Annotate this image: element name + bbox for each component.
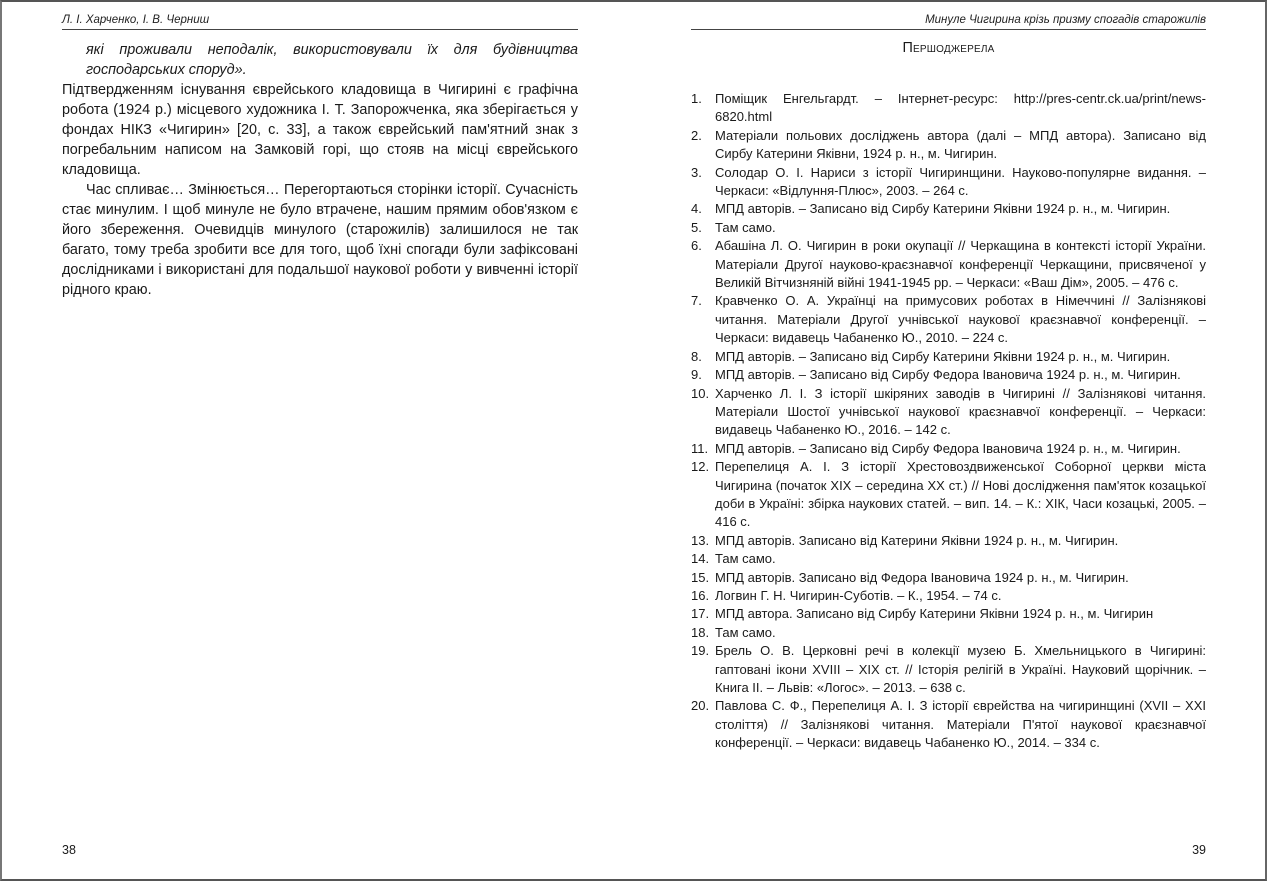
reference-text: Абашіна Л. О. Чигирин в роки окупації //… [715, 238, 1206, 290]
reference-item: 1.Поміщик Енгельгардт. – Інтернет-ресурс… [691, 90, 1206, 127]
reference-item: 17.МПД автора. Записано від Сирбу Катери… [691, 605, 1206, 623]
reference-number: 5. [691, 219, 702, 237]
reference-number: 16. [691, 587, 709, 605]
reference-number: 12. [691, 458, 709, 476]
body-paragraph: Підтвердженням існування єврейського кла… [62, 80, 578, 180]
reference-number: 8. [691, 348, 702, 366]
reference-number: 11. [691, 440, 708, 458]
references-list: 1.Поміщик Енгельгардт. – Інтернет-ресурс… [691, 90, 1206, 753]
reference-item: 8.МПД авторів. – Записано від Сирбу Кате… [691, 348, 1206, 366]
reference-text: МПД авторів. – Записано від Сирбу Федора… [715, 441, 1181, 456]
reference-number: 19. [691, 642, 709, 660]
reference-item: 20.Павлова С. Ф., Перепелиця А. І. З іст… [691, 697, 1206, 752]
reference-item: 12.Перепелиця А. І. З історії Хрестовозд… [691, 458, 1206, 532]
reference-item: 9.МПД авторів. – Записано від Сирбу Федо… [691, 366, 1206, 384]
reference-text: Павлова С. Ф., Перепелиця А. І. З історі… [715, 698, 1206, 750]
reference-number: 17. [691, 605, 709, 623]
reference-number: 20. [691, 697, 709, 715]
reference-number: 6. [691, 237, 702, 255]
reference-item: 16.Логвин Г. Н. Чигирин-Суботів. – К., 1… [691, 587, 1206, 605]
reference-number: 2. [691, 127, 702, 145]
page-number: 39 [1192, 843, 1206, 857]
running-head-title: Минуле Чигирина крізь призму спогадів ст… [691, 14, 1206, 30]
reference-text: МПД автора. Записано від Сирбу Катерини … [715, 606, 1153, 621]
reference-item: 3.Солодар О. І. Нариси з історії Чигирин… [691, 164, 1206, 201]
reference-number: 13. [691, 532, 709, 550]
reference-text: МПД авторів. Записано від Федора Іванови… [715, 570, 1129, 585]
reference-text: Логвин Г. Н. Чигирин-Суботів. – К., 1954… [715, 588, 1002, 603]
reference-text: МПД авторів. – Записано від Сирбу Федора… [715, 367, 1181, 382]
reference-number: 3. [691, 164, 702, 182]
reference-text: МПД авторів. Записано від Катерини Яківн… [715, 533, 1118, 548]
reference-text: Перепелиця А. І. З історії Хрестовоздвиж… [715, 459, 1206, 529]
reference-item: 18.Там само. [691, 624, 1206, 642]
reference-item: 6.Абашіна Л. О. Чигирин в роки окупації … [691, 237, 1206, 292]
reference-text: Там само. [715, 551, 776, 566]
reference-number: 15. [691, 569, 709, 587]
page-body: які проживали неподалік, використовували… [62, 40, 578, 300]
page-number: 38 [62, 843, 76, 857]
reference-number: 14. [691, 550, 709, 568]
reference-number: 4. [691, 200, 702, 218]
quote-paragraph: які проживали неподалік, використовували… [62, 40, 578, 80]
reference-item: 15.МПД авторів. Записано від Федора Іван… [691, 569, 1206, 587]
reference-text: МПД авторів. – Записано від Сирбу Катери… [715, 349, 1170, 364]
reference-text: МПД авторів. – Записано від Сирбу Катери… [715, 201, 1170, 216]
reference-item: 19.Брель О. В. Церковні речі в колекції … [691, 642, 1206, 697]
reference-item: 14.Там само. [691, 550, 1206, 568]
reference-item: 11.МПД авторів. – Записано від Сирбу Фед… [691, 440, 1206, 458]
reference-text: Солодар О. І. Нариси з історії Чигиринщи… [715, 165, 1206, 198]
reference-text: Брель О. В. Церковні речі в колекції муз… [715, 643, 1206, 695]
reference-text: Кравченко О. А. Українці на примусових р… [715, 293, 1206, 345]
reference-item: 10.Харченко Л. І. З історії шкіряних зав… [691, 385, 1206, 440]
reference-item: 2.Матеріали польових досліджень автора (… [691, 127, 1206, 164]
reference-text: Поміщик Енгельгардт. – Інтернет-ресурс: … [715, 91, 1206, 124]
reference-item: 7.Кравченко О. А. Українці на примусових… [691, 292, 1206, 347]
reference-number: 10. [691, 385, 709, 403]
running-head-authors: Л. І. Харченко, І. В. Черниш [62, 14, 578, 30]
reference-item: 4.МПД авторів. – Записано від Сирбу Кате… [691, 200, 1206, 218]
reference-text: Матеріали польових досліджень автора (да… [715, 128, 1206, 161]
reference-text: Харченко Л. І. З історії шкіряних заводі… [715, 386, 1206, 438]
right-page: Минуле Чигирина крізь призму спогадів ст… [691, 0, 1206, 881]
reference-text: Там само. [715, 625, 776, 640]
reference-number: 1. [691, 90, 702, 108]
reference-number: 9. [691, 366, 702, 384]
reference-number: 7. [691, 292, 702, 310]
reference-text: Там само. [715, 220, 776, 235]
left-page: Л. І. Харченко, І. В. Черниш які прожива… [62, 0, 578, 881]
body-paragraph: Час спливає… Змінюється… Перегортаються … [62, 180, 578, 300]
reference-number: 18. [691, 624, 709, 642]
section-title: Першоджерела [691, 40, 1206, 56]
reference-item: 5.Там само. [691, 219, 1206, 237]
reference-item: 13.МПД авторів. Записано від Катерини Як… [691, 532, 1206, 550]
